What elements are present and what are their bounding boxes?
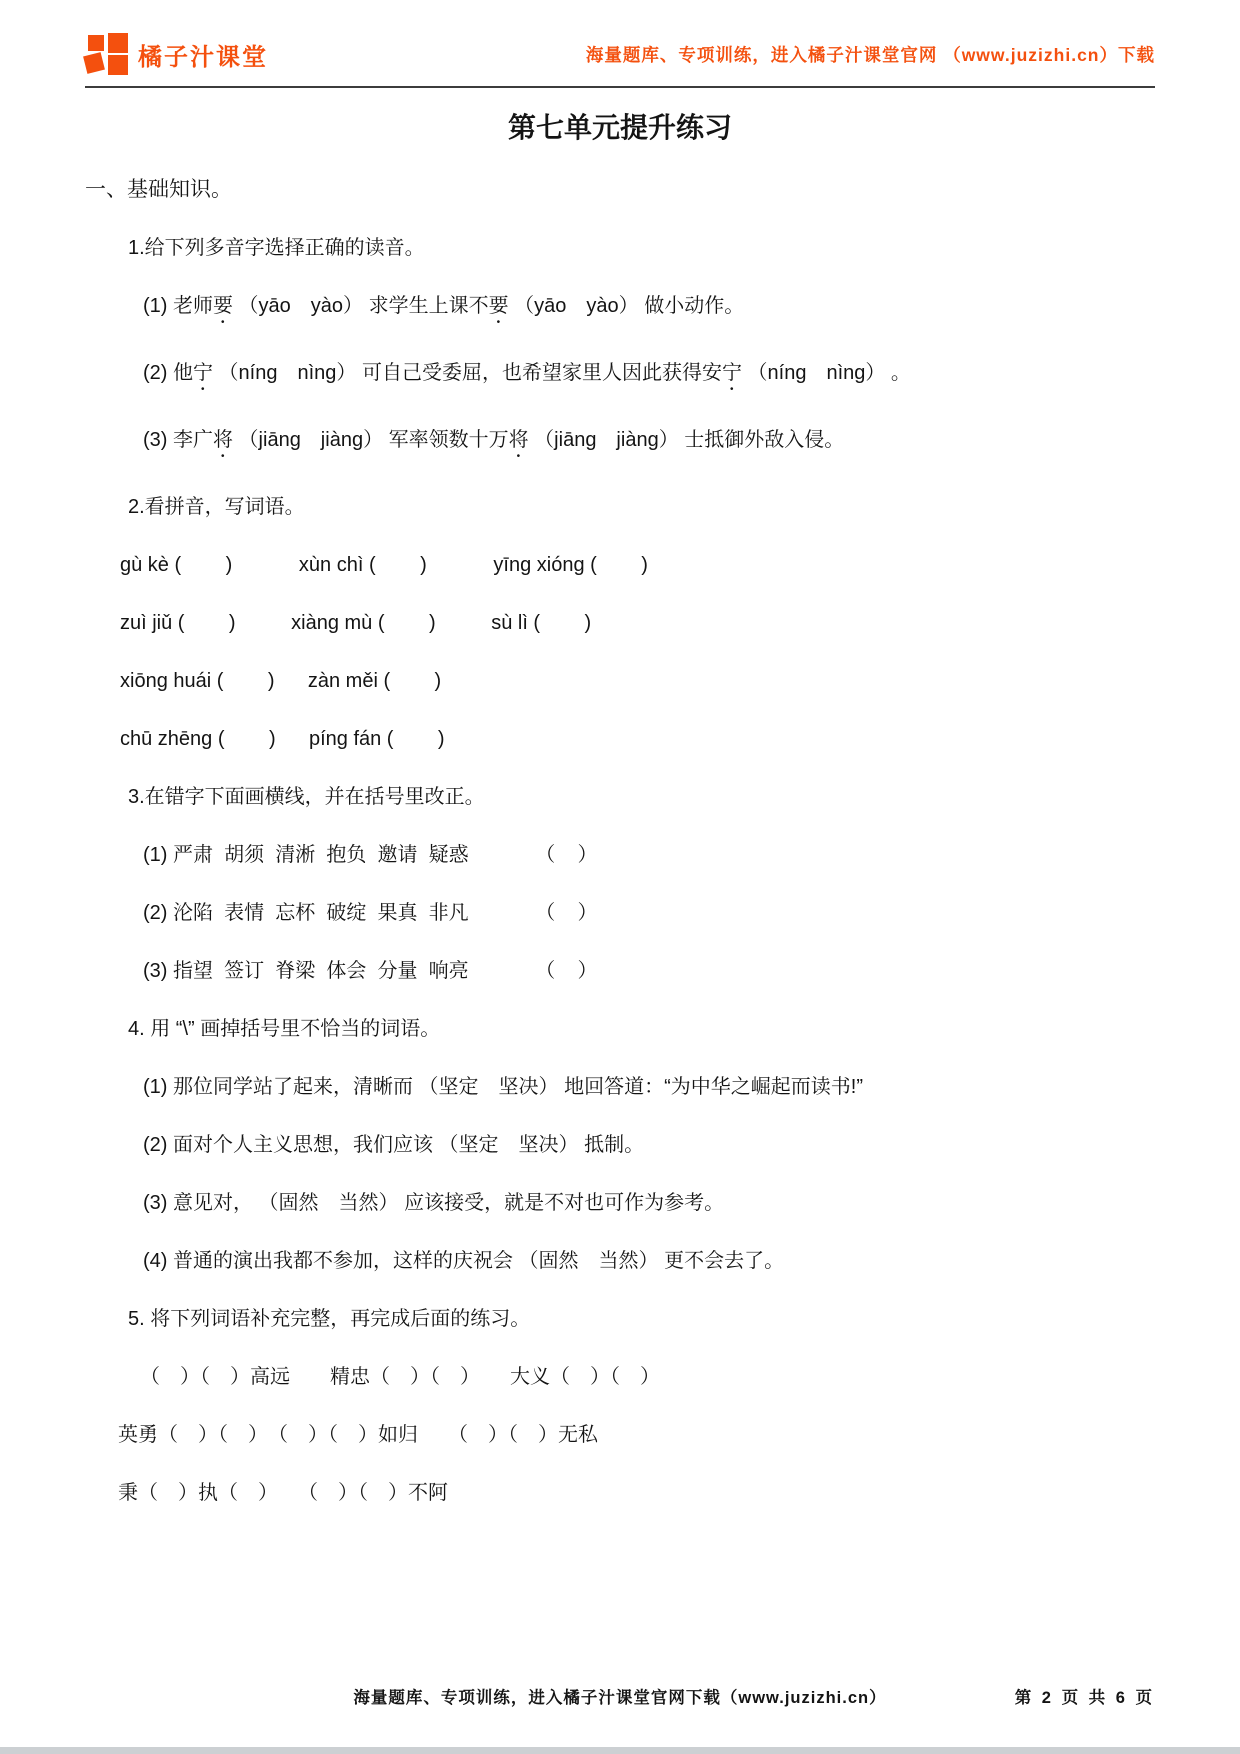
q4-stem: 4. 用 “\” 画掉括号里不恰当的词语。 bbox=[128, 1016, 1240, 1042]
q5-row-3: 秉（ ）执（ ） （ ）（ ）不阿 bbox=[118, 1480, 1240, 1506]
brand-squares-icon bbox=[85, 32, 129, 76]
page-title: 第七单元提升练习 bbox=[0, 110, 1240, 146]
q4-item-1: (1) 那位同学站了起来，清晰而 （坚定 坚决） 地回答道：“为中华之崛起而读书… bbox=[143, 1074, 1240, 1100]
worksheet-page: 橘子汁课堂 海量题库、专项训练，进入橘子汁课堂官网 （www.juzizhi.c… bbox=[0, 0, 1240, 1754]
q2-row-3: xiōng huái ( ) zàn měi ( ) bbox=[120, 668, 1240, 694]
header-promo-text: 海量题库、专项训练，进入橘子汁课堂官网 （www.juzizhi.cn）下载 bbox=[586, 42, 1155, 67]
q4-item-4: (4) 普通的演出我都不参加，这样的庆祝会 （固然 当然） 更不会去了。 bbox=[143, 1248, 1240, 1274]
q5-row-1: （ ）（ ）高远 精忠（ ）（ ） 大义（ ）（ ） bbox=[140, 1364, 1240, 1390]
q2-row-2: zuì jiǔ ( ) xiàng mù ( ) sù lì ( ) bbox=[120, 610, 1240, 636]
q2-stem: 2.看拼音，写词语。 bbox=[128, 494, 1240, 520]
q1-item-2: (2) 他宁 （níng nìng） 可自己受委屈，也希望家里人因此获得安宁 （… bbox=[143, 360, 1240, 395]
q1-item-3: (3) 李广将 （jiāng jiàng） 军率领数十万将 （jiāng jià… bbox=[143, 427, 1240, 462]
footer-promo-text: 海量题库、专项训练，进入橘子汁课堂官网下载（www.juzizhi.cn） bbox=[85, 1684, 1155, 1708]
header-divider bbox=[85, 86, 1155, 88]
section-heading: 一、基础知识。 bbox=[85, 176, 1240, 203]
page-footer: 海量题库、专项训练，进入橘子汁课堂官网下载（www.juzizhi.cn） 第 … bbox=[85, 1684, 1155, 1708]
q3-stem: 3.在错字下面画横线，并在括号里改正。 bbox=[128, 784, 1240, 810]
q3-item-1: (1) 严肃 胡须 清淅 抱负 邀请 疑惑 （ ） bbox=[143, 842, 1240, 868]
q5-stem: 5. 将下列词语补充完整，再完成后面的练习。 bbox=[128, 1306, 1240, 1332]
q1-item-1: (1) 老师要 （yāo yào） 求学生上课不要 （yāo yào） 做小动作… bbox=[143, 293, 1240, 328]
q3-item-2: (2) 沦陷 表情 忘杯 破绽 果真 非凡 （ ） bbox=[143, 900, 1240, 926]
q1-stem: 1.给下列多音字选择正确的读音。 bbox=[128, 235, 1240, 261]
page-header: 橘子汁课堂 海量题库、专项训练，进入橘子汁课堂官网 （www.juzizhi.c… bbox=[0, 0, 1240, 76]
page-bottom-edge bbox=[0, 1747, 1240, 1754]
q4-item-3: (3) 意见对， （固然 当然） 应该接受，就是不对也可作为参考。 bbox=[143, 1190, 1240, 1216]
q4-item-2: (2) 面对个人主义思想，我们应该 （坚定 坚决） 抵制。 bbox=[143, 1132, 1240, 1158]
page-number: 第 2 页 共 6 页 bbox=[1015, 1684, 1155, 1708]
q2-row-4: chū zhēng ( ) píng fán ( ) bbox=[120, 726, 1240, 752]
q3-item-3: (3) 指望 签订 脊梁 体会 分量 响亮 （ ） bbox=[143, 958, 1240, 984]
q2-row-1: gù kè ( ) xùn chì ( ) yīng xióng ( ) bbox=[120, 552, 1240, 578]
brand-logo: 橘子汁课堂 bbox=[85, 32, 268, 76]
brand-name: 橘子汁课堂 bbox=[138, 37, 268, 72]
q5-row-2: 英勇（ ）（ ） （ ）（ ）如归 （ ）（ ）无私 bbox=[118, 1422, 1240, 1448]
